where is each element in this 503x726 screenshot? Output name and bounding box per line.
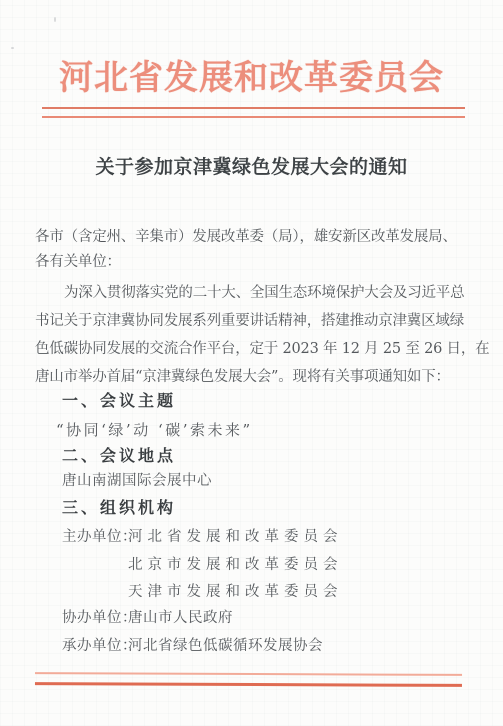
host-organization: 天津市发展和改革委员会 (128, 584, 343, 600)
intro-paragraph-line: 书记关于京津冀协同发展系列重要讲话精神，搭建推动京津冀区域绿 (35, 310, 464, 332)
conference-theme: “协同‘绿’动 ‘碳’索未来” (56, 419, 253, 441)
host-label: 主办单位： (62, 526, 128, 548)
co-organizer-row: 协办单位：唐山市人民政府 (62, 607, 233, 629)
co-organizer-value: 唐山市人民政府 (128, 610, 233, 626)
host-organizer-row: 北京市发展和改革委员会 (128, 554, 343, 576)
host-organization: 河北省发展和改革委员会 (128, 529, 343, 545)
section-heading-organization: 三、组织机构 (62, 497, 176, 519)
conference-venue: 唐山南湖国际会展中心 (62, 470, 212, 492)
undertaker-row: 承办单位：河北省绿色低碳循环发展协会 (62, 635, 323, 657)
intro-paragraph-line: 色低碳协同发展的交流合作平台，定于 2023 年 12 月 25 至 26 日，… (35, 338, 489, 360)
section-heading-theme: 一、会议主题 (62, 390, 176, 412)
host-organizer-row: 主办单位：河北省发展和改革委员会 (62, 526, 343, 548)
letterhead-double-rule (42, 107, 465, 118)
host-organization: 北京市发展和改革委员会 (128, 557, 343, 573)
undertaker-value: 河北省绿色低碳循环发展协会 (128, 638, 323, 654)
section-heading-venue: 二、会议地点 (62, 445, 176, 467)
intro-paragraph-line: 为深入贯彻落实党的二十大、全国生态环境保护大会及习近平总 (64, 282, 464, 304)
recipient-line: 各市（含定州、辛集市）发展改革委（局），雄安新区改革发展局、 (35, 226, 457, 248)
co-organizer-label: 协办单位： (62, 607, 128, 629)
intro-paragraph-line: 唐山市举办首届“京津冀绿色发展大会”。现将有关事项通知如下： (35, 366, 450, 388)
footer-double-rule (35, 672, 462, 687)
recipient-line: 各有关单位： (35, 251, 121, 273)
undertaker-label: 承办单位： (62, 635, 128, 657)
scan-speck (54, 17, 56, 22)
host-organizer-row: 天津市发展和改革委员会 (128, 581, 343, 603)
letterhead-title: 河北省发展和改革委员会 (0, 56, 503, 100)
scanned-document-page: 河北省发展和改革委员会 关于参加京津冀绿色发展大会的通知 各市（含定州、辛集市）… (0, 0, 503, 726)
document-title: 关于参加京津冀绿色发展大会的通知 (0, 154, 503, 180)
scan-speck (11, 47, 14, 49)
